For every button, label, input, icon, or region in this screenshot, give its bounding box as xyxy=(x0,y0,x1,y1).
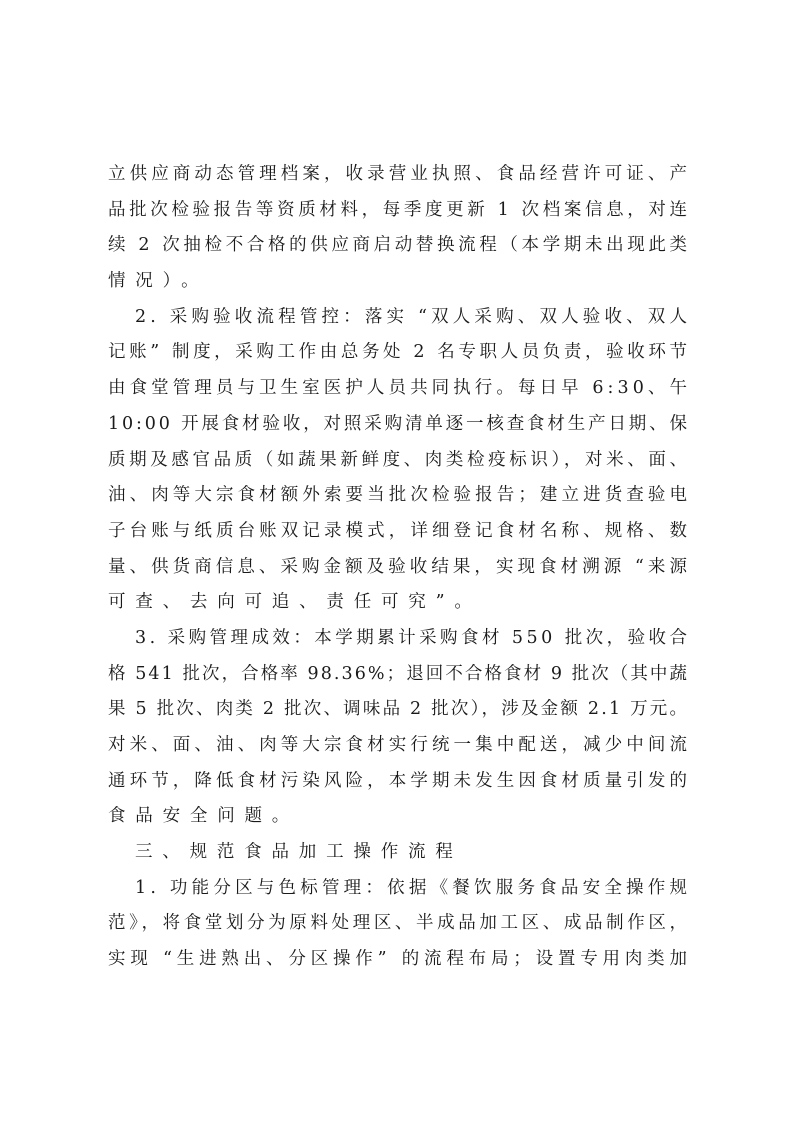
text-line: 质期及感官品质（如蔬果新鲜度、肉类检疫标识），对米、面、 xyxy=(108,443,687,479)
text-line: 1. 功能分区与色标管理：依据《餐饮服务食品安全操作规 xyxy=(108,871,687,907)
text-line: 由食堂管理员与卫生室医护人员共同执行。每日早 6:30、午 xyxy=(108,371,687,407)
paragraph-procurement-results: 3. 采购管理成效：本学期累计采购食材 550 批次，验收合 格 541 批次，… xyxy=(108,621,687,835)
text-line: 果 5 批次、肉类 2 批次、调味品 2 批次），涉及金额 2.1 万元。 xyxy=(108,692,687,728)
document-body: 立供应商动态管理档案，收录营业执照、食品经营许可证、产 品批次检验报告等资质材料… xyxy=(108,157,687,978)
text-line: 立供应商动态管理档案，收录营业执照、食品经营许可证、产 xyxy=(108,157,687,193)
paragraph-supplier-archive-continuation: 立供应商动态管理档案，收录营业执照、食品经营许可证、产 品批次检验报告等资质材料… xyxy=(108,157,687,300)
heading-line: 三、规范食品加工操作流程 xyxy=(108,835,687,871)
text-line: 10:00 开展食材验收，对照采购清单逐一核查食材生产日期、保 xyxy=(108,407,687,443)
text-line: 续 2 次抽检不合格的供应商启动替换流程（本学期未出现此类 xyxy=(108,228,687,264)
text-line: 范》，将食堂划分为原料处理区、半成品加工区、成品制作区， xyxy=(108,906,687,942)
text-line: 实现 “生进熟出、分区操作” 的流程布局；设置专用肉类加 xyxy=(108,942,687,978)
document-page: 立供应商动态管理档案，收录营业执照、食品经营许可证、产 品批次检验报告等资质材料… xyxy=(0,0,793,1122)
text-line: 油、肉等大宗食材额外索要当批次检验报告；建立进货查验电 xyxy=(108,478,687,514)
paragraph-procurement-acceptance-control: 2. 采购验收流程管控：落实 “双人采购、双人验收、双人 记账” 制度，采购工作… xyxy=(108,300,687,621)
paragraph-functional-zoning: 1. 功能分区与色标管理：依据《餐饮服务食品安全操作规 范》，将食堂划分为原料处… xyxy=(108,871,687,978)
text-line: 品批次检验报告等资质材料，每季度更新 1 次档案信息，对连 xyxy=(108,193,687,229)
text-line: 通环节，降低食材污染风险，本学期未发生因食材质量引发的 xyxy=(108,764,687,800)
text-line: 可查、去向可追、责任可究”。 xyxy=(108,585,687,621)
text-line: 3. 采购管理成效：本学期累计采购食材 550 批次，验收合 xyxy=(108,621,687,657)
text-line: 量、供货商信息、采购金额及验收结果，实现食材溯源 “来源 xyxy=(108,550,687,586)
text-line: 格 541 批次，合格率 98.36%；退回不合格食材 9 批次（其中蔬 xyxy=(108,657,687,693)
text-line: 情况）。 xyxy=(108,264,687,300)
text-line: 2. 采购验收流程管控：落实 “双人采购、双人验收、双人 xyxy=(108,300,687,336)
section-heading-food-processing: 三、规范食品加工操作流程 xyxy=(108,835,687,871)
text-line: 记账” 制度，采购工作由总务处 2 名专职人员负责，验收环节 xyxy=(108,335,687,371)
text-line: 子台账与纸质台账双记录模式，详细登记食材名称、规格、数 xyxy=(108,514,687,550)
text-line: 食品安全问题。 xyxy=(108,799,687,835)
text-line: 对米、面、油、肉等大宗食材实行统一集中配送，减少中间流 xyxy=(108,728,687,764)
